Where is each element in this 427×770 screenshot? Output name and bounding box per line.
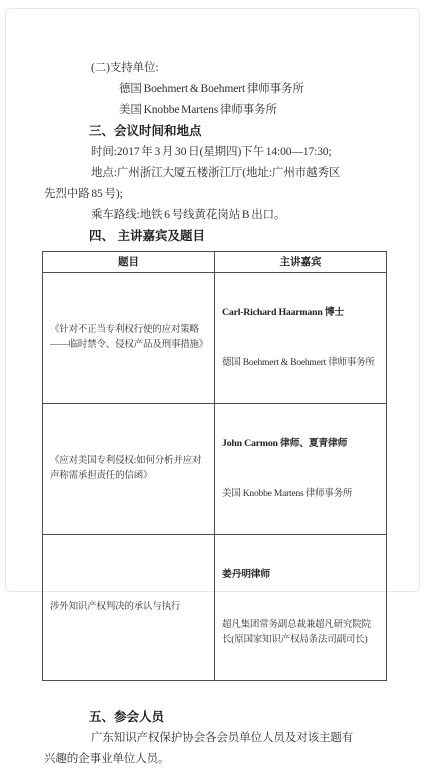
- document-page: (二)支持单位: 德国 Boehmert & Boehmert 律师事务所 美国…: [5, 8, 420, 592]
- section-heading-participants: 五、参会人员: [89, 707, 390, 728]
- support-unit-usa: 美国 Knobbe Martens 律师事务所: [119, 100, 390, 121]
- speaker-cell: Carl-Richard Haarmann 博士 德国 Boehmert & B…: [215, 273, 387, 404]
- speaker-name: John Carmon 律师、夏青律师: [222, 436, 379, 451]
- participants-text: 广东知识产权保护协会各会员单位人员及对该主题有 兴趣的企事业单位人员。: [44, 728, 390, 770]
- support-unit-germany: 德国 Boehmert & Boehmert 律师事务所: [119, 79, 390, 100]
- meeting-time-line: 时间:2017 年 3 月 30 日(星期四)下午 14:00—17:30;: [44, 142, 390, 163]
- meeting-transit-line: 乘车路线:地铁 6 号线黄花岗站 B 出口。: [44, 205, 390, 226]
- speaker-org: 德国 Boehmert & Boehmert 律师事务所: [222, 356, 379, 371]
- speakers-table: 题目 主讲嘉宾 《针对不正当专利权行使的应对策略 ——临时禁令、侵权产品及刑事措…: [42, 251, 387, 681]
- table-header-topic: 题目: [43, 252, 215, 273]
- speaker-cell: 姜丹明律师 超凡集团常务副总裁兼超凡研究院院 长(原国家知识产权局条法司副司长): [215, 535, 387, 681]
- table-header-row: 题目 主讲嘉宾: [43, 252, 387, 273]
- table-row: 涉外知识产权判决的承认与执行 姜丹明律师 超凡集团常务副总裁兼超凡研究院院 长(…: [43, 535, 387, 681]
- support-units-label: (二)支持单位:: [44, 58, 390, 79]
- section-heading-speakers: 四、 主讲嘉宾及题目: [89, 226, 390, 247]
- table-row: 《应对美国专利侵权:如何分析并应对 声称需承担责任的信函》 John Carmo…: [43, 404, 387, 535]
- speaker-name: 姜丹明律师: [222, 567, 379, 582]
- document-content: (二)支持单位: 德国 Boehmert & Boehmert 律师事务所 美国…: [44, 58, 390, 770]
- speaker-name: Carl-Richard Haarmann 博士: [222, 305, 379, 320]
- speaker-org: 超凡集团常务副总裁兼超凡研究院院 长(原国家知识产权局条法司副司长): [222, 618, 379, 648]
- table-row: 《针对不正当专利权行使的应对策略 ——临时禁令、侵权产品及刑事措施》 Carl-…: [43, 273, 387, 404]
- table-header-speaker: 主讲嘉宾: [215, 252, 387, 273]
- speaker-cell: John Carmon 律师、夏青律师 美国 Knobbe Martens 律师…: [215, 404, 387, 535]
- topic-cell: 《应对美国专利侵权:如何分析并应对 声称需承担责任的信函》: [43, 404, 215, 535]
- speaker-org: 美国 Knobbe Martens 律师事务所: [222, 487, 379, 502]
- section-heading-meeting: 三、会议时间和地点: [89, 121, 390, 142]
- topic-cell: 《针对不正当专利权行使的应对策略 ——临时禁令、侵权产品及刑事措施》: [43, 273, 215, 404]
- topic-cell: 涉外知识产权判决的承认与执行: [43, 535, 215, 681]
- meeting-location-line: 地点:广州浙江大厦五楼浙江厅(地址:广州市越秀区 先烈中路 85 号);: [44, 163, 390, 205]
